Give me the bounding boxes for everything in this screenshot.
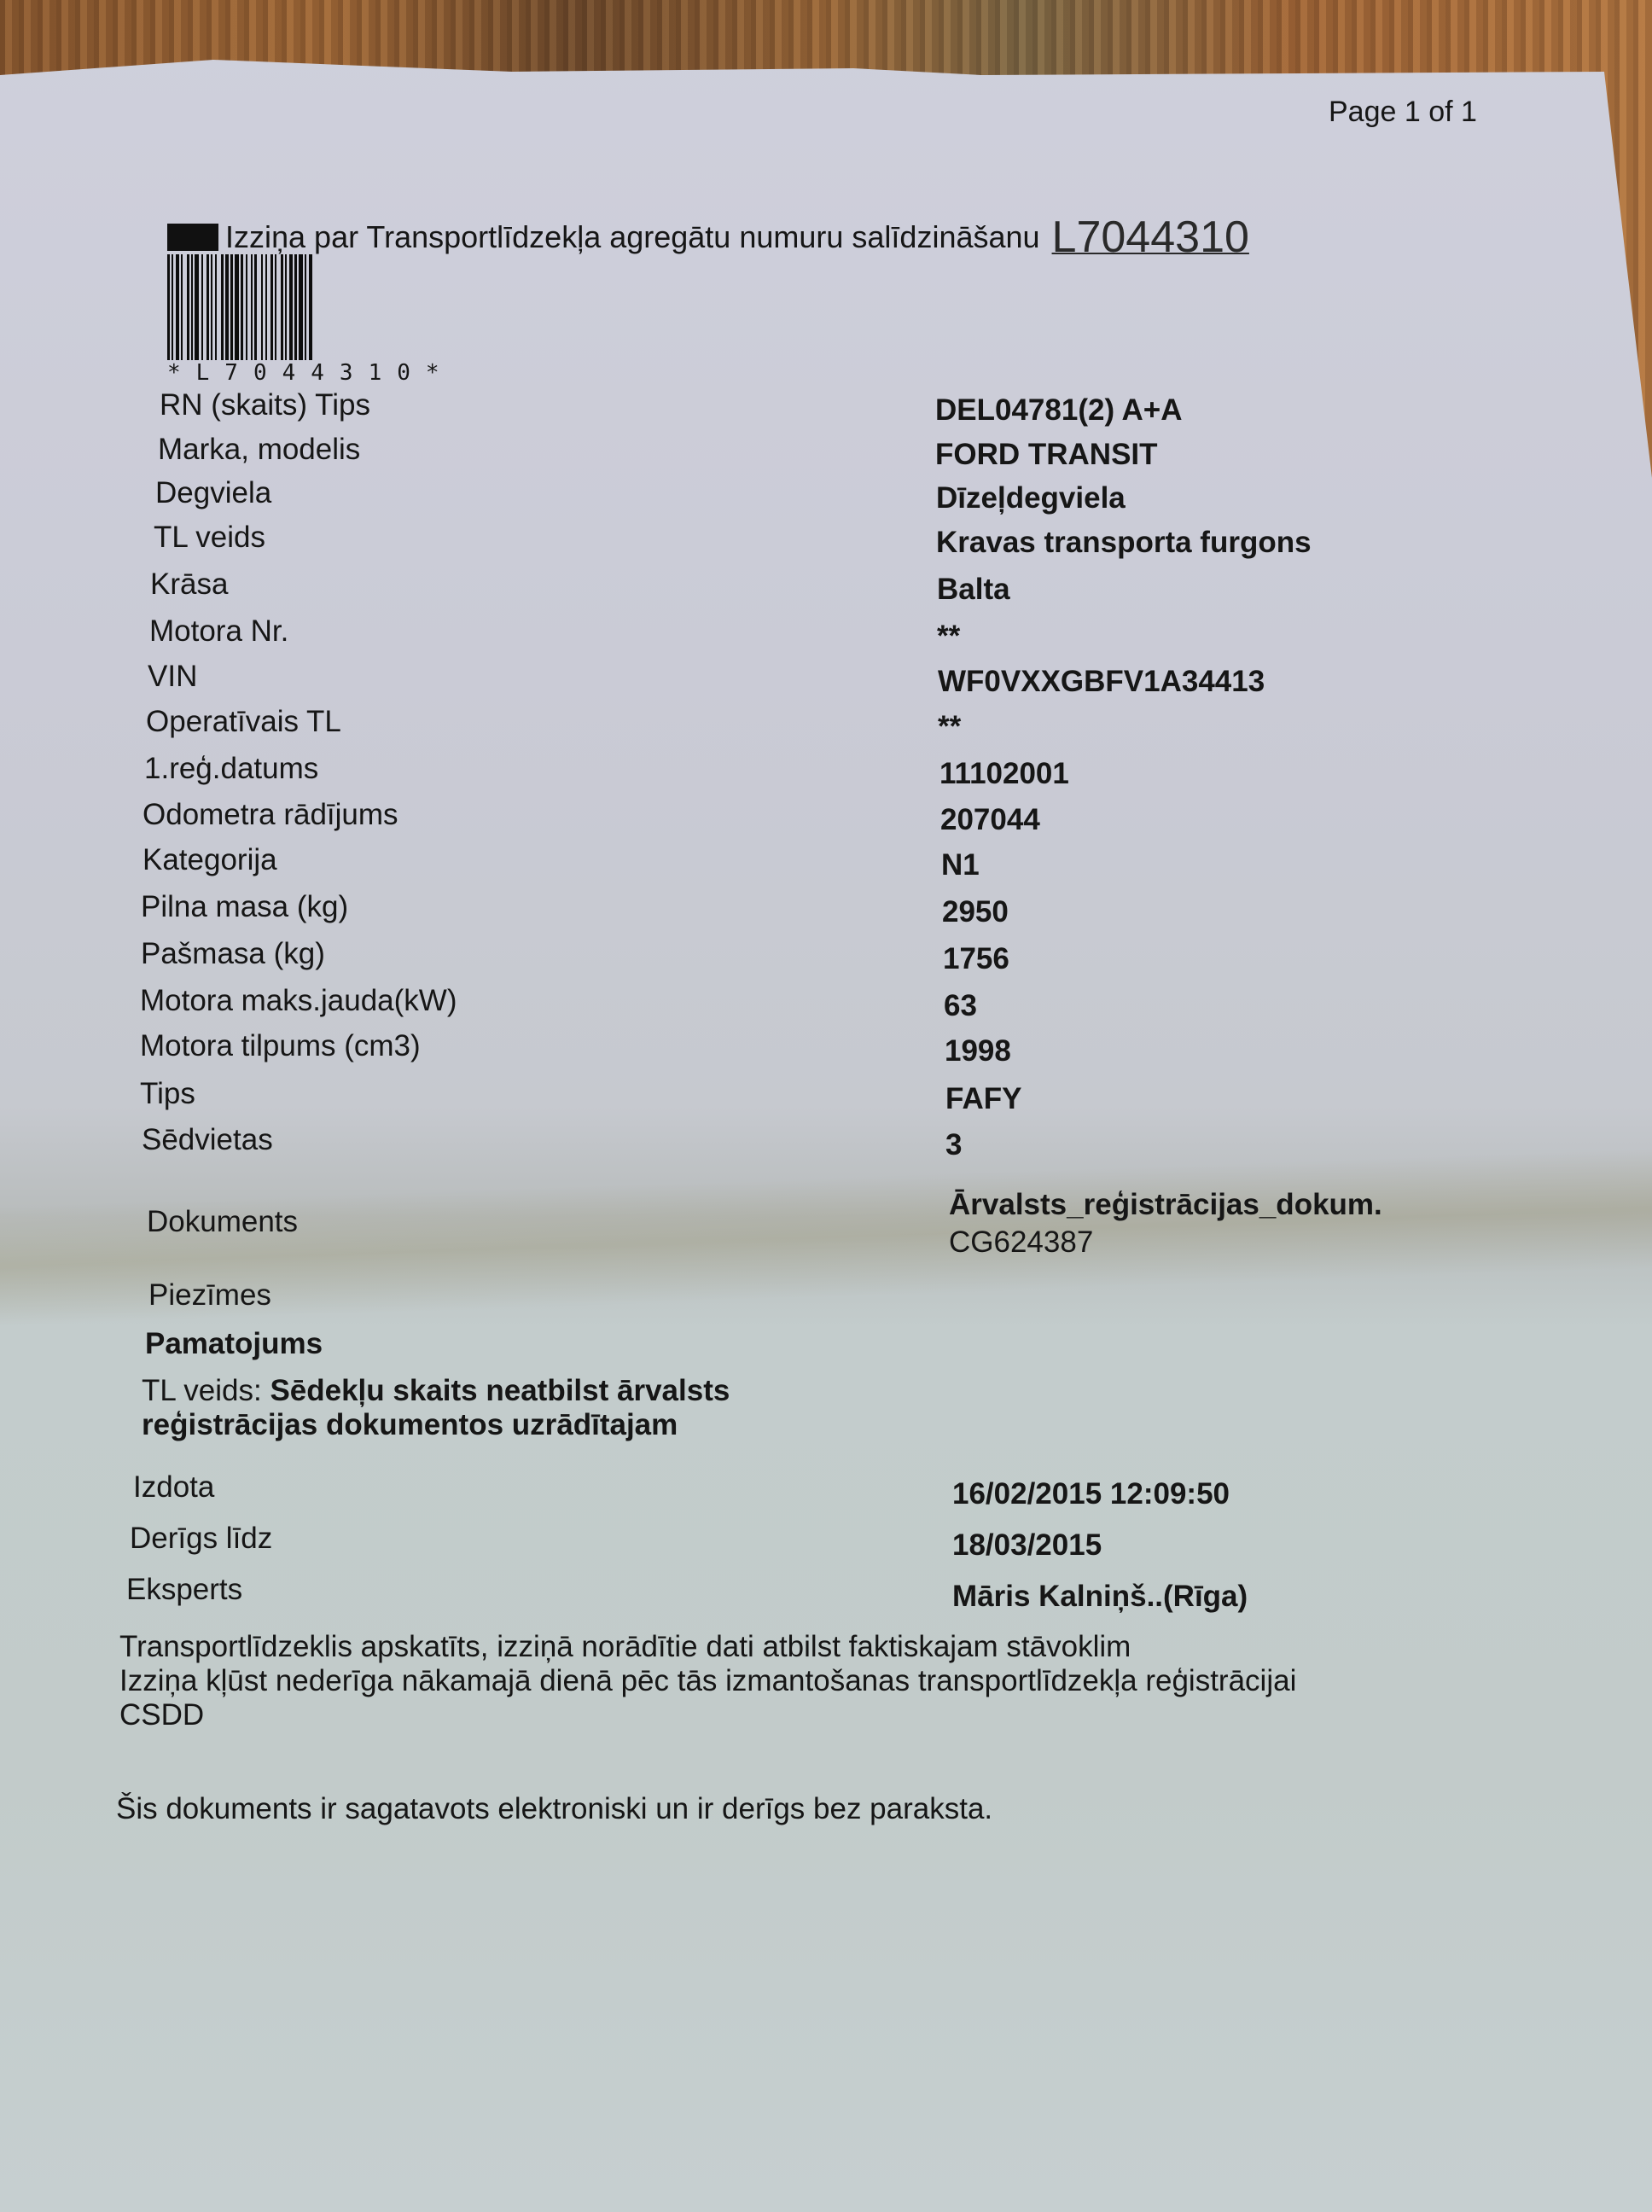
basis-prefix: TL veids: xyxy=(142,1374,262,1407)
barcode-icon xyxy=(167,254,529,360)
field-label: Kategorija xyxy=(143,843,277,877)
csdd-logo xyxy=(167,224,218,251)
field-value: Kravas transporta furgons xyxy=(936,526,1312,560)
field-value: 2950 xyxy=(942,895,1009,929)
field-label: TL veids xyxy=(154,521,265,555)
field-label: VIN xyxy=(148,660,197,694)
field-value: FORD TRANSIT xyxy=(935,438,1158,472)
field-value: FAFY xyxy=(945,1082,1021,1116)
field-label: Krāsa xyxy=(150,568,228,602)
document-paper: Page 1 of 1 Izziņa par Transportlīdzekļa… xyxy=(0,0,1652,2212)
basis-line1: Sēdekļu skaits neatbilst ārvalsts xyxy=(270,1374,730,1407)
footer-line1: Transportlīdzeklis apskatīts, izziņā nor… xyxy=(119,1630,1296,1664)
issue-value: 18/03/2015 xyxy=(952,1528,1102,1563)
footer-line3: CSDD xyxy=(119,1698,1296,1732)
barcode-text: *L7044310* xyxy=(167,360,455,386)
issue-value: Māris Kalniņš..(Rīga) xyxy=(952,1580,1248,1614)
footer-line2: Izziņa kļūst nederīga nākamajā dienā pēc… xyxy=(119,1664,1296,1698)
field-value: 11102001 xyxy=(939,757,1069,791)
field-label: Odometra rādījums xyxy=(143,798,398,832)
basis-label: Pamatojums xyxy=(145,1327,323,1361)
field-label: Operatīvais TL xyxy=(146,705,341,739)
field-value: ** xyxy=(937,620,960,654)
field-label: Tips xyxy=(140,1077,195,1111)
field-label: Degviela xyxy=(155,476,271,510)
field-value: 3 xyxy=(945,1128,962,1162)
document-title: Izziņa par Transportlīdzekļa agregātu nu… xyxy=(225,219,1040,255)
field-value: DEL04781(2) A+A xyxy=(935,393,1183,428)
issue-label: Izdota xyxy=(133,1470,214,1505)
field-label: Marka, modelis xyxy=(158,433,360,467)
field-value: WF0VXXGBFV1A34413 xyxy=(938,665,1265,699)
field-value: 63 xyxy=(944,989,977,1023)
footer-text: Transportlīdzeklis apskatīts, izziņā nor… xyxy=(119,1630,1296,1732)
dokuments-value-line2: CG624387 xyxy=(949,1225,1093,1260)
field-value: 1756 xyxy=(943,942,1009,976)
field-value: 207044 xyxy=(940,803,1040,837)
field-label: Pilna masa (kg) xyxy=(141,890,348,924)
field-label: Motora Nr. xyxy=(149,614,288,649)
field-value: ** xyxy=(938,710,961,744)
field-label: Motora maks.jauda(kW) xyxy=(140,984,457,1018)
field-label: Sēdvietas xyxy=(142,1123,273,1157)
logo-block-icon xyxy=(167,224,218,251)
dokuments-value-line1: Ārvalsts_reģistrācijas_dokum. xyxy=(949,1188,1382,1222)
dokuments-label: Dokuments xyxy=(147,1205,298,1239)
field-label: RN (skaits) Tips xyxy=(160,388,370,422)
field-label: Pašmasa (kg) xyxy=(141,937,325,971)
disclaimer: Šis dokuments ir sagatavots elektroniski… xyxy=(116,1792,992,1826)
notes-label: Piezīmes xyxy=(148,1278,271,1313)
field-value: N1 xyxy=(941,848,980,882)
page-indicator: Page 1 of 1 xyxy=(1329,96,1477,129)
field-value: Dīzeļdegviela xyxy=(936,481,1126,515)
field-label: 1.reģ.datums xyxy=(144,752,318,786)
basis-line2: reģistrācijas dokumentos uzrādītajam xyxy=(142,1408,678,1441)
field-value: 1998 xyxy=(945,1034,1011,1068)
field-value: Balta xyxy=(937,573,1010,607)
basis-text: TL veids: Sēdekļu skaits neatbilst ārval… xyxy=(142,1374,730,1442)
field-label: Motora tilpums (cm3) xyxy=(140,1029,421,1063)
document-number: L7044310 xyxy=(1052,212,1249,263)
issue-label: Derīgs līdz xyxy=(130,1522,272,1556)
issue-label: Eksperts xyxy=(126,1573,242,1607)
issue-value: 16/02/2015 12:09:50 xyxy=(952,1477,1230,1511)
